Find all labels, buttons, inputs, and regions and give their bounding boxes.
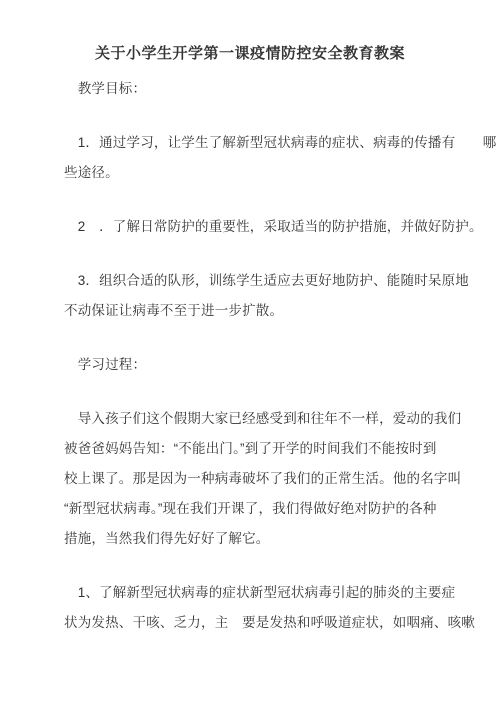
document-page: 关于小学生开学第一课疫情防控安全教育教案 教学目标： 1．通过学习，让学生了解新… xyxy=(0,0,500,707)
paragraph-symptoms-paragraph: 1、了解新型冠状病毒的症状新型冠状病毒引起的肺炎的主要症状为发热、干咳、乏力，主… xyxy=(64,578,460,638)
paragraph-teaching-objectives-heading: 教学目标： xyxy=(64,74,460,104)
text-line: 导入孩子们这个假期大家已经感受到和往年不一样，爱动的我们 xyxy=(64,404,460,434)
paragraph-introduction-paragraph: 导入孩子们这个假期大家已经感受到和往年不一样，爱动的我们被爸爸妈妈告知：“不能出… xyxy=(64,404,460,554)
text-line: 教学目标： xyxy=(64,74,460,104)
text-line: 学习过程： xyxy=(64,350,460,380)
text-line: 措施，当然我们得先好好了解它。 xyxy=(64,524,460,554)
text-line: 不动保证让病毒不至于进一步扩散。 xyxy=(64,296,460,326)
text-line: 校上课了。那是因为一种病毒破坏了我们的正常生活。他的名字叫 xyxy=(64,464,460,494)
document-body: 教学目标： 1．通过学习，让学生了解新型冠状病毒的症状、病毒的传播有 哪些途径。… xyxy=(64,74,460,638)
paragraph-objective-2: 2 ．了解日常防护的重要性，采取适当的防护措施，并做好防护。 xyxy=(64,212,460,242)
text-line: 被爸爸妈妈告知：“不能出门。”到了开学的时间我们不能按时到 xyxy=(64,434,460,464)
paragraph-objective-3: 3．组织合适的队形，训练学生适应去更好地防护、能随时呆原地不动保证让病毒不至于进… xyxy=(64,266,460,326)
text-line: 3．组织合适的队形，训练学生适应去更好地防护、能随时呆原地 xyxy=(64,266,460,296)
text-line: 1、了解新型冠状病毒的症状新型冠状病毒引起的肺炎的主要症 xyxy=(64,578,460,608)
text-line: 2 ．了解日常防护的重要性，采取适当的防护措施，并做好防护。 xyxy=(64,212,460,242)
paragraph-objective-1: 1．通过学习，让学生了解新型冠状病毒的症状、病毒的传播有 哪些途径。 xyxy=(64,128,460,188)
text-line: 些途径。 xyxy=(64,158,460,188)
document-title: 关于小学生开学第一课疫情防控安全教育教案 xyxy=(40,42,460,66)
paragraph-learning-process-heading: 学习过程： xyxy=(64,350,460,380)
text-line: 状为发热、干咳、乏力，主 要是发热和呼吸道症状，如咽痛、咳嗽 xyxy=(64,608,460,638)
text-line: 1．通过学习，让学生了解新型冠状病毒的症状、病毒的传播有 哪 xyxy=(64,128,460,158)
text-line: “新型冠状病毒。”现在我们开课了，我们得做好绝对防护的各种 xyxy=(64,494,460,524)
